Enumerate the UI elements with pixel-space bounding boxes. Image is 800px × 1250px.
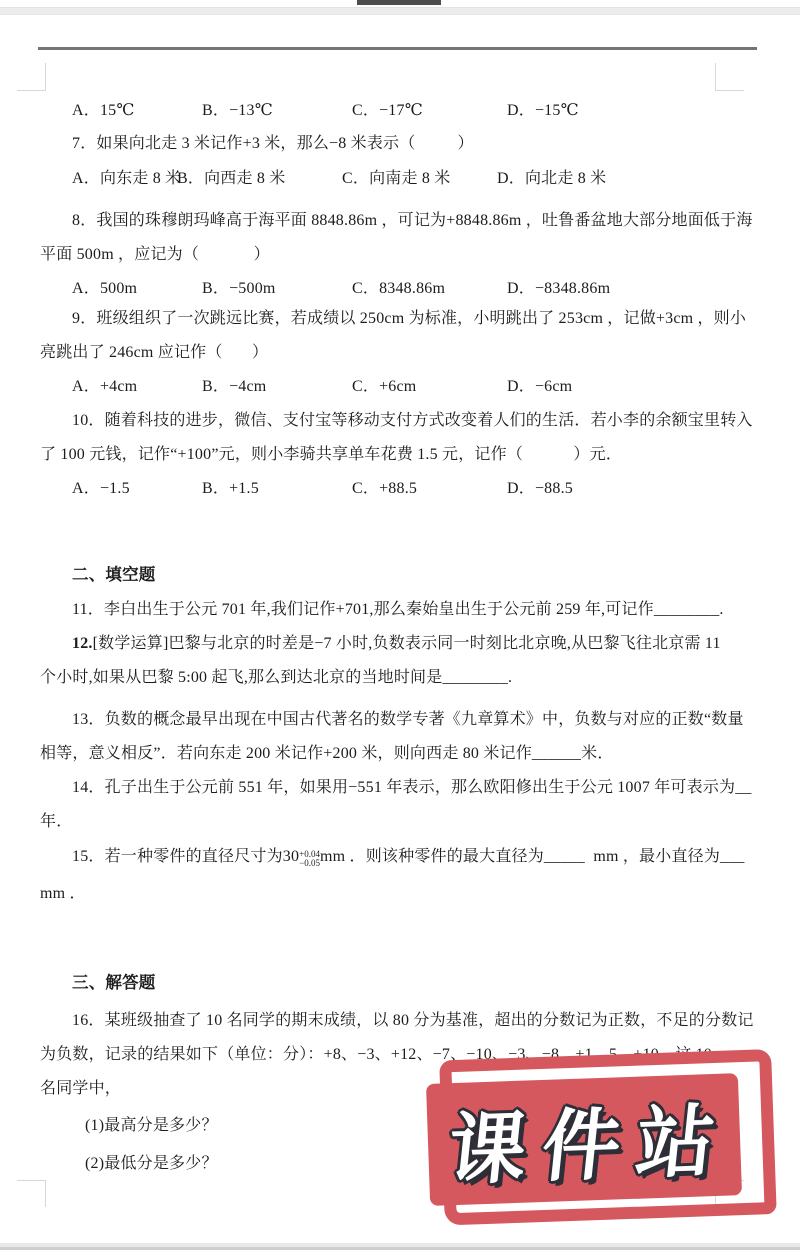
q15-text-line1: 15．若一种零件的直径尺寸为30+0.04−0.05mm ．则该种零件的最大直径… xyxy=(72,847,745,868)
q16-subquestion-1: (1)最高分是多少？ xyxy=(85,1116,218,1136)
q16-text-line3: 名同学中， xyxy=(40,1079,121,1099)
q7-options-row: A．向东走 8 米 B．向西走 8 米 C．向南走 8 米 D．向北走 8 米 xyxy=(72,169,762,189)
q10-option-a: A．−1.5 xyxy=(72,479,202,499)
q11-text: 11．李白出生于公元 701 年,我们记作+701,那么秦始皇出生于公元前 25… xyxy=(72,600,724,620)
q10-options-row: A．−1.5 B．+1.5 C．+88.5 D．−88.5 xyxy=(72,479,762,499)
q12-text-line2: 个小时,如果从巴黎 5:00 起飞,那么到达北京的当地时间是________. xyxy=(40,668,512,688)
q7-text: 7．如果向北走 3 米记作+3 米，那么−8 米表示（ ） xyxy=(72,134,474,154)
q10-option-b: B．+1.5 xyxy=(202,479,352,499)
q14-text-line1: 14．孔子出生于公元前 551 年，如果用−551 年表示，那么欧阳修出生于公元… xyxy=(72,778,752,798)
q13-text-line1: 13．负数的概念最早出现在中国古代著名的数学专著《九章算术》中，负数与对应的正数… xyxy=(72,710,744,730)
q12-text-line1: 12.[数学运算]巴黎与北京的时差是−7 小时,负数表示同一时刻比北京晚,从巴黎… xyxy=(72,634,721,654)
q7-option-d: D．向北走 8 米 xyxy=(497,169,762,189)
q6-option-d: D．−15℃ xyxy=(507,101,762,121)
page-gap-strip xyxy=(0,7,800,15)
q15-text-after: mm ．则该种零件的最大直径为_____ mm ，最小直径为___ xyxy=(320,848,745,865)
q9-text-line2: 亮跳出了 246cm 应记作（ ） xyxy=(40,343,268,363)
q13-text-line2: 相等，意义相反”．若向东走 200 米记作+200 米，则向西走 80 米记作_… xyxy=(40,744,614,764)
q12-text-rest: [数学运算]巴黎与北京的时差是−7 小时,负数表示同一时刻比北京晚,从巴黎飞往北… xyxy=(93,635,721,652)
q10-text-line1: 10．随着科技的进步，微信、支付宝等移动支付方式改变着人们的生活．若小李的余额宝… xyxy=(72,411,753,431)
q9-text-line1: 9．班级组织了一次跳远比赛，若成绩以 250cm 为标准，小明跳出了 253cm… xyxy=(72,309,746,329)
q8-text-line1: 8．我国的珠穆朗玛峰高于海平面 8848.86m ，可记为+8848.86m ，… xyxy=(72,211,753,231)
q7-option-a: A．向东走 8 米 xyxy=(72,169,177,189)
worksheet-page: A．15℃ B．−13℃ C．−17℃ D．−15℃ 7．如果向北走 3 米记作… xyxy=(0,0,800,1250)
q9-option-a: A．+4cm xyxy=(72,377,202,397)
courseware-stamp-watermark: 课件站 xyxy=(421,1049,779,1229)
q6-option-a: A．15℃ xyxy=(72,101,202,121)
q16-subquestion-2: (2)最低分是多少？ xyxy=(85,1154,218,1174)
q8-option-a: A．500m xyxy=(72,279,202,299)
section-2-title: 二、填空题 xyxy=(72,565,156,585)
text-boundary-mark-bottom-left xyxy=(17,1180,46,1207)
q9-option-c: C．+6cm xyxy=(352,377,507,397)
q8-option-d: D．−8348.86m xyxy=(507,279,762,299)
q6-options-row: A．15℃ B．−13℃ C．−17℃ D．−15℃ xyxy=(72,101,762,121)
q15-text-before: 15．若一种零件的直径尺寸为30 xyxy=(72,848,299,865)
text-boundary-mark-top-left xyxy=(17,63,46,91)
section-3-title: 三、解答题 xyxy=(72,973,156,993)
q15-tolerance-notation: +0.04−0.05 xyxy=(299,850,320,868)
q15-text-line2: mm ． xyxy=(40,884,86,904)
q14-text-line2: 年． xyxy=(40,812,72,832)
q8-option-c: C．8348.86m xyxy=(352,279,507,299)
q9-options-row: A．+4cm B．−4cm C．+6cm D．−6cm xyxy=(72,377,762,397)
header-rule-line xyxy=(38,47,757,50)
q7-option-c: C．向南走 8 米 xyxy=(342,169,497,189)
page-bottom-strip xyxy=(0,1243,800,1250)
q12-number: 12. xyxy=(72,635,93,652)
q16-text-line1: 16．某班级抽查了 10 名同学的期末成绩，以 80 分为基准，超出的分数记为正… xyxy=(72,1011,754,1031)
previous-page-edge-bar xyxy=(357,0,441,5)
q8-text-line2: 平面 500m ，应记为（ ） xyxy=(40,245,270,265)
q8-options-row: A．500m B．−500m C．8348.86m D．−8348.86m xyxy=(72,279,762,299)
q9-option-b: B．−4cm xyxy=(202,377,352,397)
stamp-inner-plate: 课件站 xyxy=(426,1073,742,1206)
q10-option-d: D．−88.5 xyxy=(507,479,762,499)
q8-option-b: B．−500m xyxy=(202,279,352,299)
q10-text-line2: 了 100 元钱，记作“+100”元，则小李骑共享单车花费 1.5 元，记作（ … xyxy=(40,445,622,465)
text-boundary-mark-top-right xyxy=(715,63,744,91)
q6-option-c: C．−17℃ xyxy=(352,101,507,121)
stamp-text: 课件站 xyxy=(431,1078,737,1201)
q9-option-d: D．−6cm xyxy=(507,377,762,397)
q10-option-c: C．+88.5 xyxy=(352,479,507,499)
q7-option-b: B．向西走 8 米 xyxy=(177,169,342,189)
q15-lower-tolerance: −0.05 xyxy=(299,859,320,868)
q6-option-b: B．−13℃ xyxy=(202,101,352,121)
